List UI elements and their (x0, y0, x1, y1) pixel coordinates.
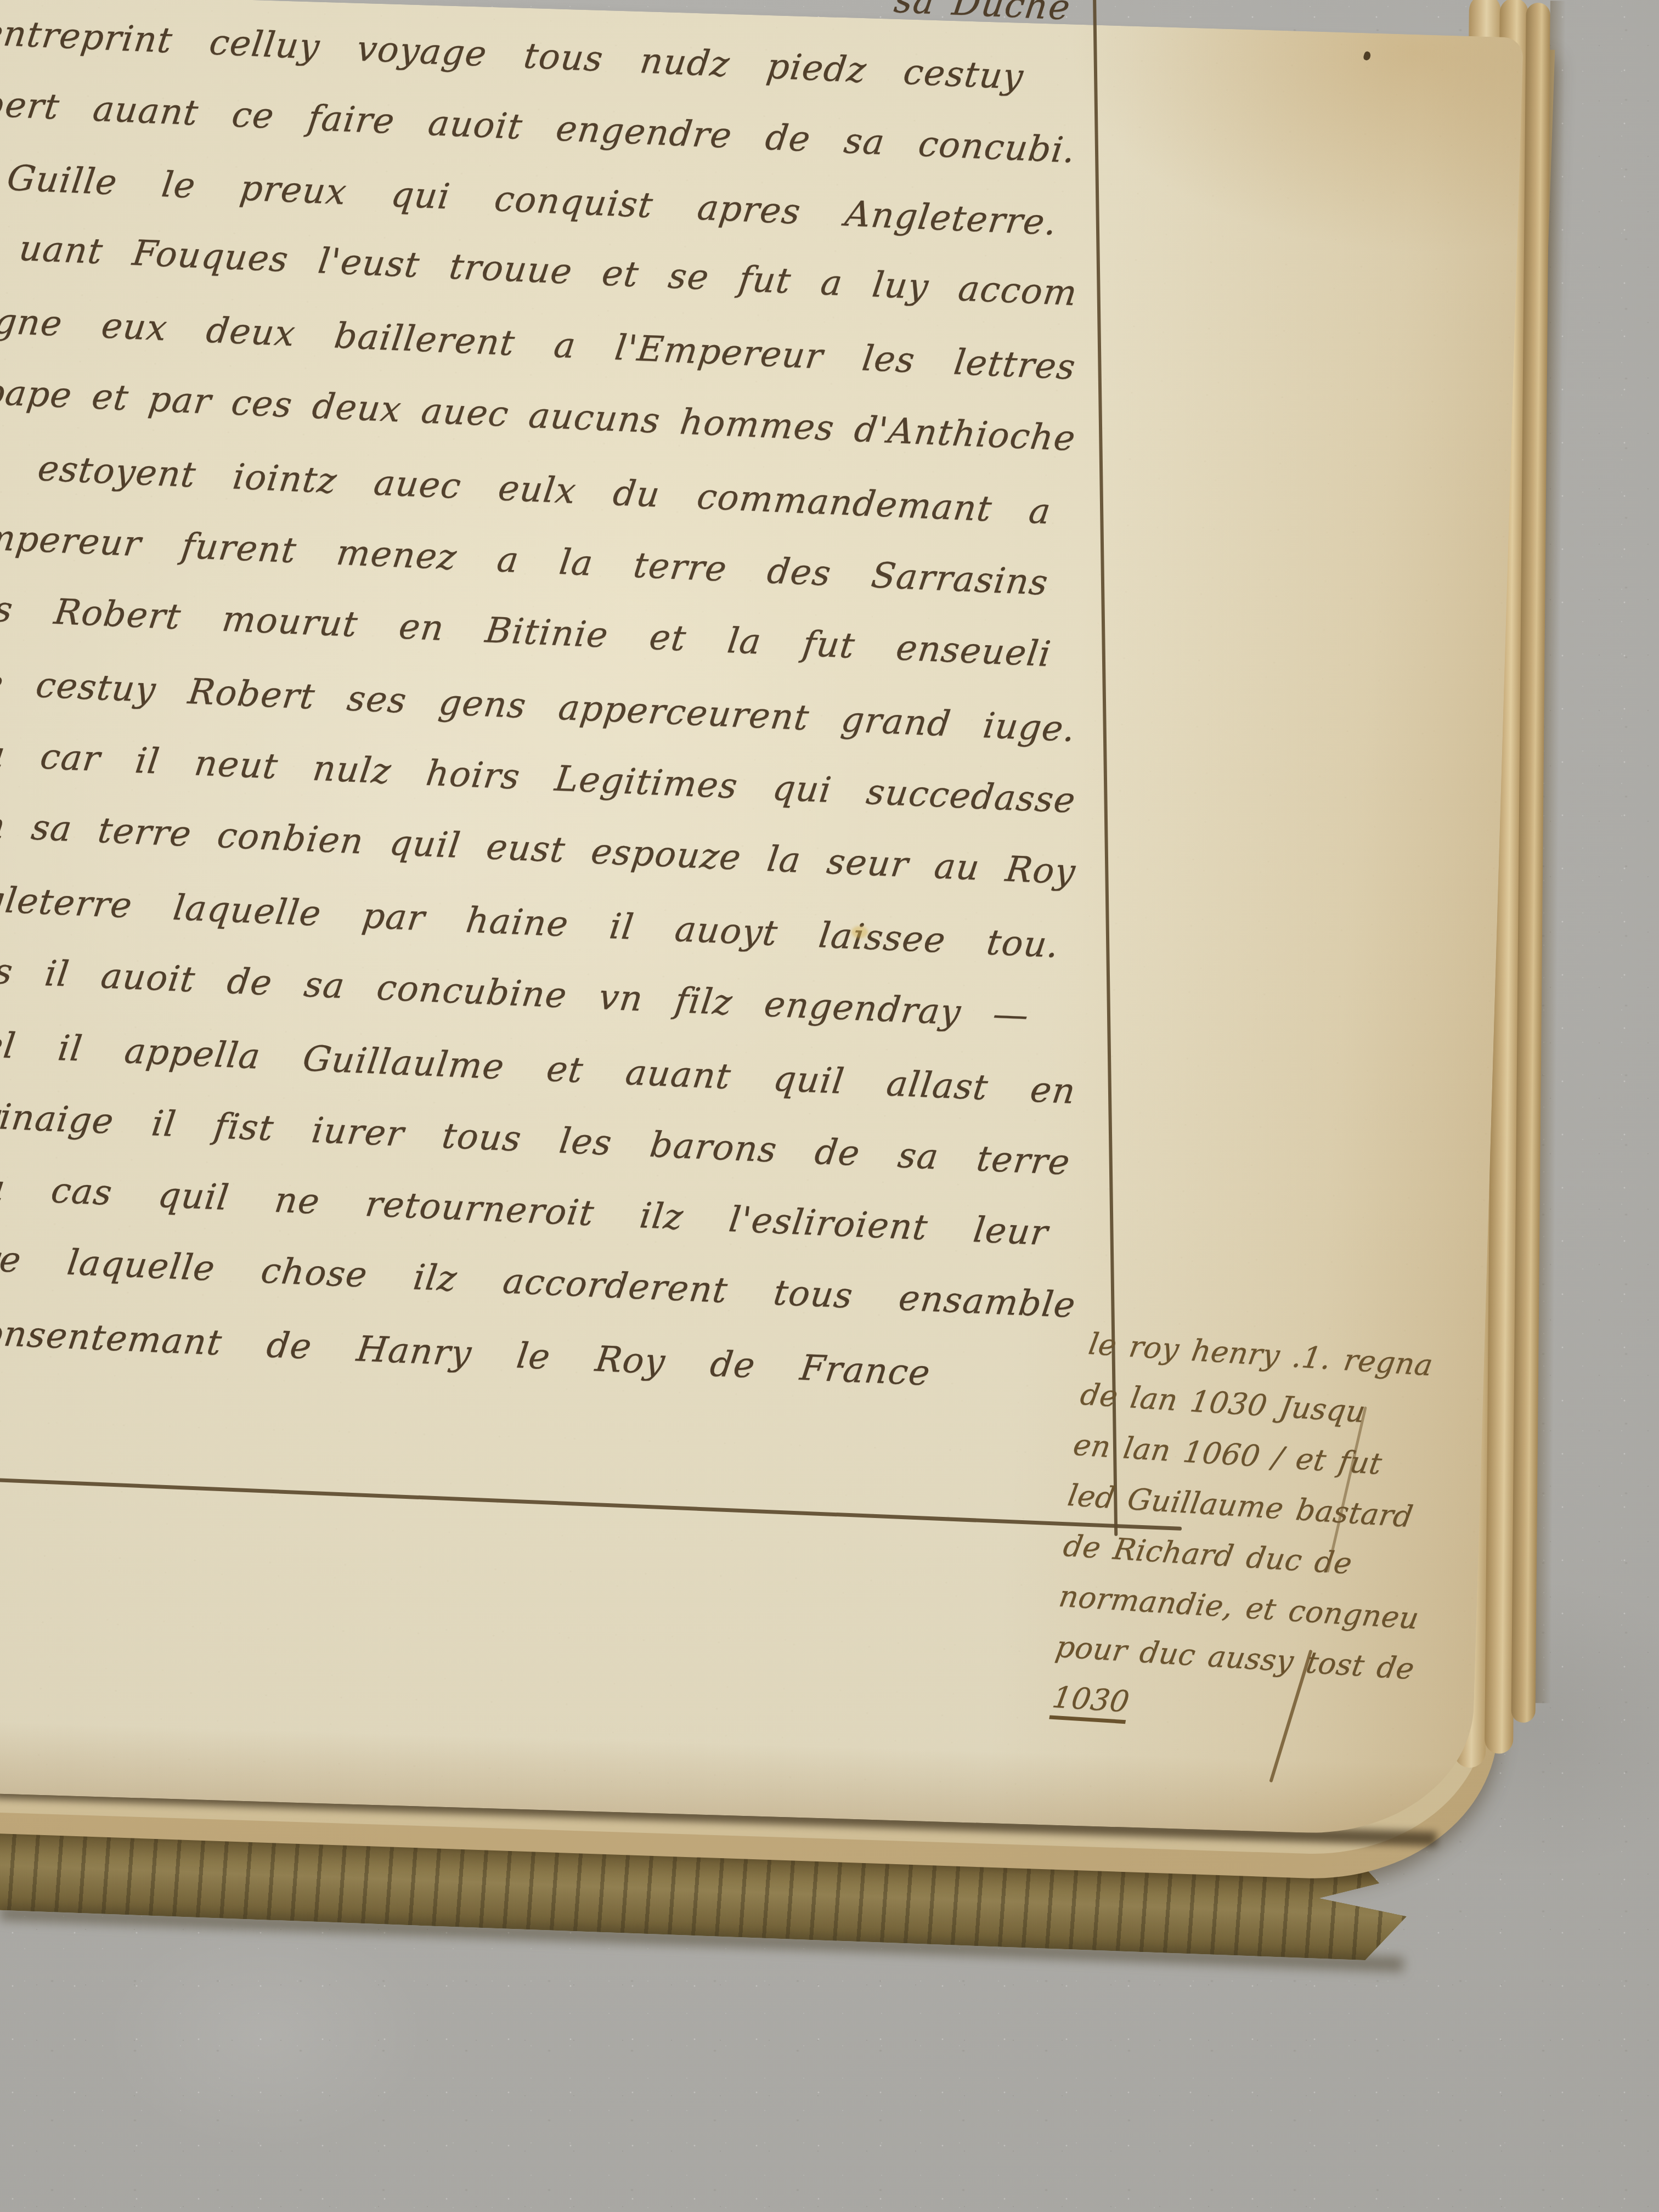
foxing-spot (851, 926, 868, 938)
manuscript-photo: sa Duche entreprint celluy voyage tous n… (0, 0, 1659, 2212)
margin-note-year: 1030 (1049, 1681, 1132, 1724)
